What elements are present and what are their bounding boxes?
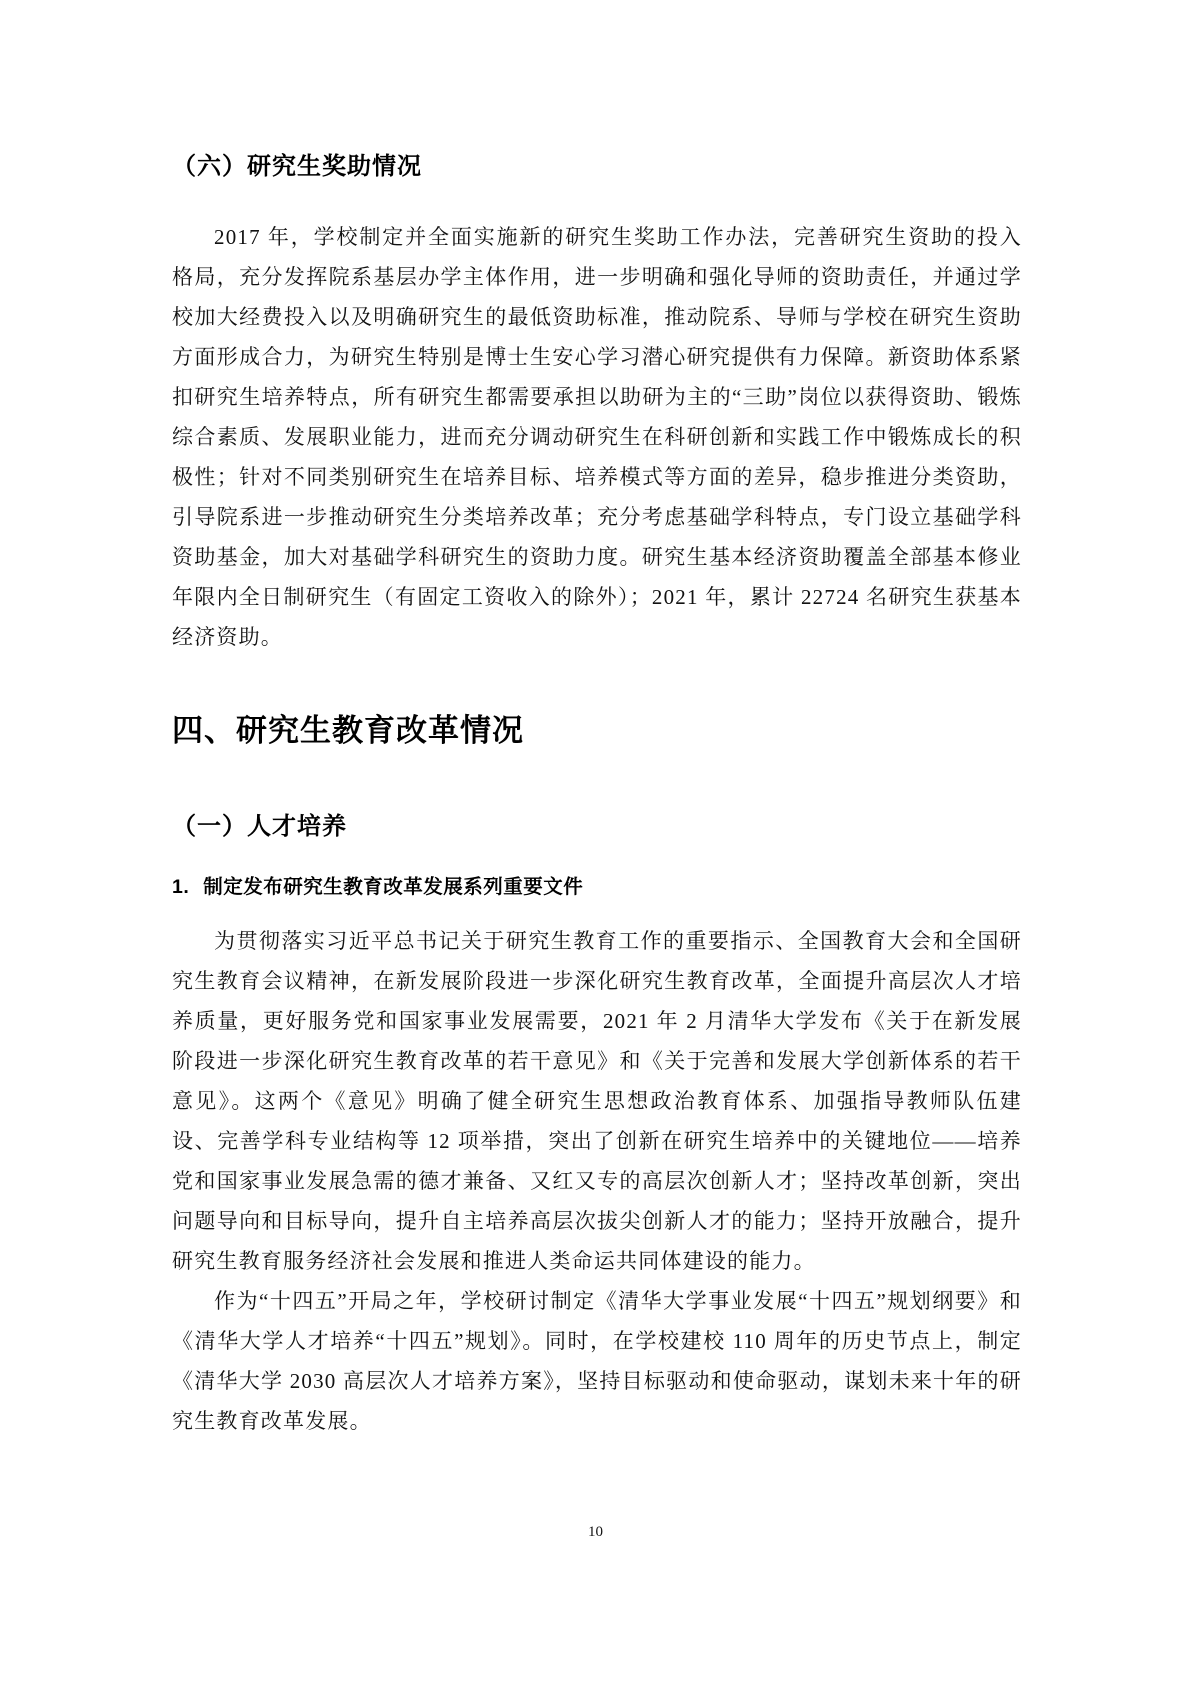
page-content: （六）研究生奖助情况 2017 年，学校制定并全面实施新的研究生奖助工作办法，完…: [172, 0, 1022, 1441]
page-number: 10: [0, 1524, 1191, 1541]
section-6-heading: （六）研究生奖助情况: [172, 146, 1022, 181]
item-1-heading: 1. 制定发布研究生教育改革发展系列重要文件: [172, 871, 1022, 899]
item-1-number: 1.: [172, 876, 189, 899]
item-1-title: 制定发布研究生教育改革发展系列重要文件: [203, 871, 583, 899]
item-1-paragraph-1: 为贯彻落实习近平总书记关于研究生教育工作的重要指示、全国教育大会和全国研究生教育…: [172, 921, 1022, 1281]
subsection-1-heading: （一）人才培养: [172, 806, 1022, 841]
chapter-4-heading: 四、研究生教育改革情况: [172, 705, 1022, 750]
document-page: （六）研究生奖助情况 2017 年，学校制定并全面实施新的研究生奖助工作办法，完…: [0, 0, 1191, 1684]
section-6-paragraph: 2017 年，学校制定并全面实施新的研究生奖助工作办法，完善研究生资助的投入格局…: [172, 217, 1022, 657]
item-1-paragraph-2: 作为“十四五”开局之年，学校研讨制定《清华大学事业发展“十四五”规划纲要》和《清…: [172, 1281, 1022, 1441]
